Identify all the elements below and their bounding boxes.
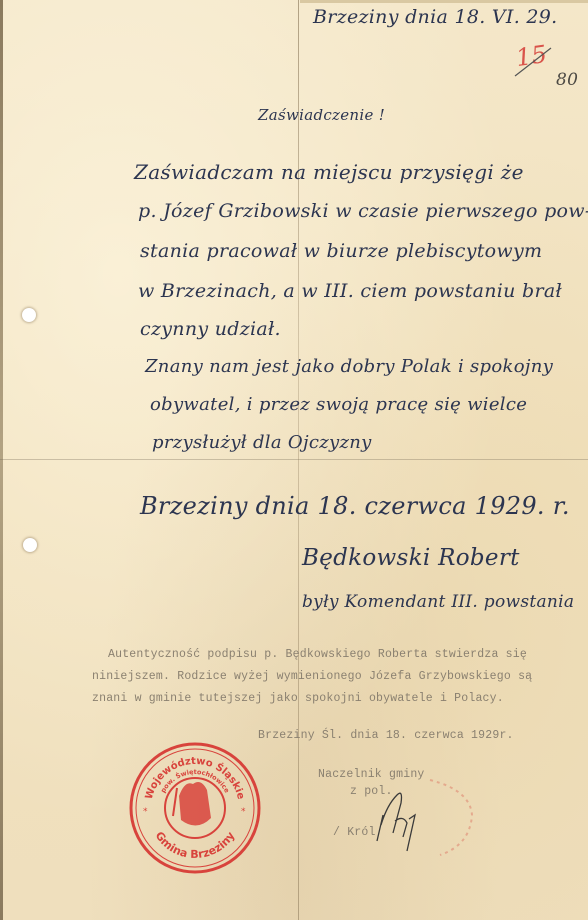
scanned-document: Brzeziny dnia 18. VI. 29. 15 80 Zaświadc… xyxy=(0,0,588,920)
archive-number-pencil: 80 xyxy=(556,70,578,90)
paper-left-edge xyxy=(0,0,3,920)
svg-text:*: * xyxy=(241,807,246,817)
official-name: / Król xyxy=(333,826,376,839)
vertical-fold-line xyxy=(298,0,299,920)
body-line-4: w Brzezinach, a w III. ciem powstaniu br… xyxy=(138,280,562,302)
signature-title: były Komendant III. powstania xyxy=(302,592,574,612)
body-line-8: przysłużył dla Ojczyzny xyxy=(152,432,372,453)
punch-hole-bottom xyxy=(23,538,37,552)
body-line-7: obywatel, i przez swoją pracę się wielce xyxy=(150,394,527,415)
stamp-bottom-text: Gmina Brzeziny xyxy=(153,829,238,861)
typed-line-3: znani w gminie tutejszej jako spokojni o… xyxy=(92,692,504,705)
strike-through-mark xyxy=(513,44,553,78)
body-line-5: czynny udział. xyxy=(140,318,281,340)
svg-text:*: * xyxy=(143,807,148,817)
horizontal-fold-line xyxy=(0,459,588,460)
faded-stamp-impression xyxy=(410,770,480,860)
header-place-date: Brzeziny dnia 18. VI. 29. xyxy=(313,6,558,28)
punch-hole-top xyxy=(22,308,36,322)
typed-line-2: niniejszem. Rodzice wyżej wymienionego J… xyxy=(92,670,532,683)
typed-place-date: Brzeziny Śl. dnia 18. czerwca 1929r. xyxy=(258,729,514,742)
body-line-3: stania pracował w biurze plebiscytowym xyxy=(140,240,542,262)
paper-top-edge xyxy=(300,0,588,3)
official-title: Naczelnik gminy xyxy=(318,768,425,781)
closing-place-date: Brzeziny dnia 18. czerwca 1929. r. xyxy=(140,492,570,520)
svg-text:Gmina Brzeziny: Gmina Brzeziny xyxy=(153,829,238,861)
signature-name: Będkowski Robert xyxy=(302,545,520,571)
body-line-2: p. Józef Grzibowski w czasie pierwszego … xyxy=(138,200,588,222)
body-line-1: Zaświadczam na miejscu przysięgi że xyxy=(134,160,524,184)
typed-line-1: Autentyczność podpisu p. Będkowskiego Ro… xyxy=(108,648,527,661)
body-line-6: Znany nam jest jako dobry Polak i spokoj… xyxy=(145,356,553,377)
official-stamp: Województwo Śląskie pow. Świętochłowice … xyxy=(127,740,263,876)
document-title: Zaświadczenie ! xyxy=(258,106,385,124)
